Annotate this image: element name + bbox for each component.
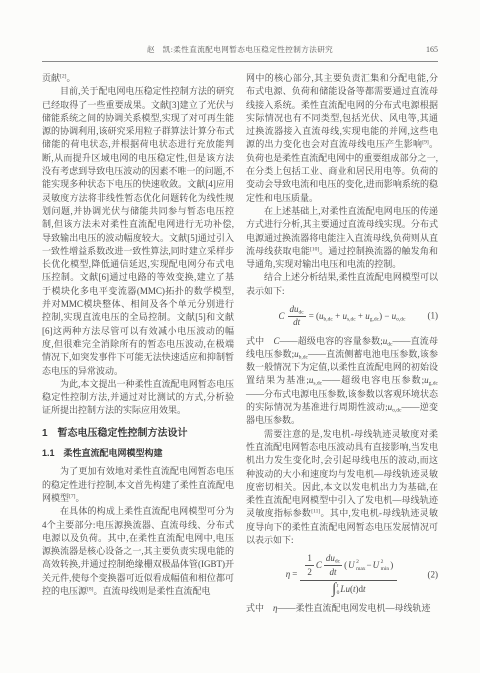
paragraph-variable-definitions: 式中 C——超级电容的容量参数;udc——直流母线电压参数;ub,dc——直流侧… (246, 335, 438, 428)
paragraph-continuation: 贡献[2]。 (42, 72, 234, 85)
page-number: 165 (426, 45, 438, 54)
paper-page: 赵 凯:柔性直流配电网暂态电压稳定性控制方法研究 165 贡献[2]。 目前,关… (0, 0, 480, 673)
two-column-body: 贡献[2]。 目前,关于配电网电压稳定性控制方法的研究已经取得了一些重要成果。文… (42, 72, 438, 616)
eq2-derivative-denominator: dt (329, 566, 336, 578)
paragraph-continuation: 网中的核心部分,其主要负责汇集和分配电能,分布式电源、负荷和储能设备等都需要通过… (246, 72, 438, 205)
paragraph: 需要注意的是,发电机-母线轨迹灵敏度对柔性直流配电网暂态电压波动具有直接影响,当… (246, 428, 438, 548)
eq2-integrand: Lu(t)dt (340, 584, 365, 595)
equation-2-number: (2) (428, 568, 439, 581)
running-title: 赵 凯:柔性直流配电网暂态电压稳定性控制方法研究 (42, 44, 438, 55)
eq1-derivative-subscript: dc (299, 310, 304, 316)
equation-1-body: C dudc dt = (ub,dc + us,dc + ug,dc) − uo… (279, 304, 406, 329)
paragraph-variable-definitions: 式中 η——柔性直流配电网发电机—母线轨迹 (246, 602, 438, 615)
eq1-derivative-numerator: du (290, 304, 299, 314)
header-rule (42, 61, 438, 62)
equation-2-body: η = 1 2 C dudc dt (286, 553, 398, 596)
eq2-half-denominator: 2 (307, 566, 312, 578)
eq2-minus-sign: − (367, 560, 372, 571)
equation-1: C dudc dt = (ub,dc + us,dc + ug,dc) − uo… (246, 304, 438, 329)
eq2-one-half-fraction: 1 2 (305, 553, 314, 578)
eq2-voltage-min-scripts: 2 min (381, 559, 390, 572)
eq2-integral-sign: ∫ (332, 583, 336, 597)
eq2-voltage-max-scripts: 2 max (356, 559, 365, 572)
eq1-derivative-fraction: dudc dt (288, 304, 306, 329)
running-header: 赵 凯:柔性直流配电网暂态电压稳定性控制方法研究 165 (42, 44, 438, 57)
eq1-capacitance-symbol: C (279, 310, 285, 323)
paragraph: 结合上述分析结果,柔性直流配电网模型可以表示如下: (246, 271, 438, 298)
eq2-derivative-subscript: dc (335, 559, 340, 565)
eq2-voltage-min-symbol: U (373, 560, 380, 571)
subsection-heading-1-1: 1.1 柔性直流配电网模型构建 (42, 447, 234, 460)
eq2-derivative-numerator: du (326, 553, 335, 563)
eq2-capacitance-symbol: C (316, 560, 322, 571)
eq2-equals-sign: = (292, 568, 297, 581)
paragraph: 为此,本文提出一种柔性直流配电网暂态电压稳定性控制方法,并通过对比测试的方式,分… (42, 378, 234, 418)
eq2-main-fraction: 1 2 C dudc dt ( U 2 (300, 553, 397, 596)
paragraph: 在具体的构成上柔性直流配电网模型可分为4个主要部分:电压源换流器、直流母线、分布… (42, 505, 234, 598)
paragraph: 目前,关于配电网电压稳定性控制方法的研究已经取得了一些重要成果。文献[3]建立了… (42, 85, 234, 378)
paragraph: 为了更加有效地对柔性直流配电网暂态电压的稳定性进行控制,本文首先构建了柔性直流配… (42, 465, 234, 505)
equation-1-number: (1) (428, 310, 439, 323)
eq1-right-hand-side: = (ub,dc + us,dc + ug,dc) − uo,dc (309, 310, 406, 323)
section-heading-1: 1 暂态电压稳定性控制方法设计 (42, 427, 234, 440)
eq2-half-numerator: 1 (305, 553, 314, 566)
eq2-voltage-max-symbol: U (348, 560, 355, 571)
eq2-open-paren: ( (344, 560, 347, 571)
eq1-derivative-denominator: dt (293, 317, 300, 329)
eq2-eta-symbol: η (286, 568, 290, 581)
eq2-derivative-fraction: dudc dt (324, 553, 342, 578)
equation-2: η = 1 2 C dudc dt (246, 553, 438, 596)
left-column: 贡献[2]。 目前,关于配电网电压稳定性控制方法的研究已经取得了一些重要成果。文… (42, 72, 234, 616)
paragraph: 在上述基础上,对柔性直流配电网电压的传递方式进行分析,其主要通过直流母线实现。分… (246, 205, 438, 271)
eq2-integral-limits: t 0 (337, 583, 340, 596)
right-column: 网中的核心部分,其主要负责汇集和分配电能,分布式电源、负荷和储能设备等都需要通过… (246, 72, 438, 616)
eq2-close-paren: ) (390, 560, 393, 571)
